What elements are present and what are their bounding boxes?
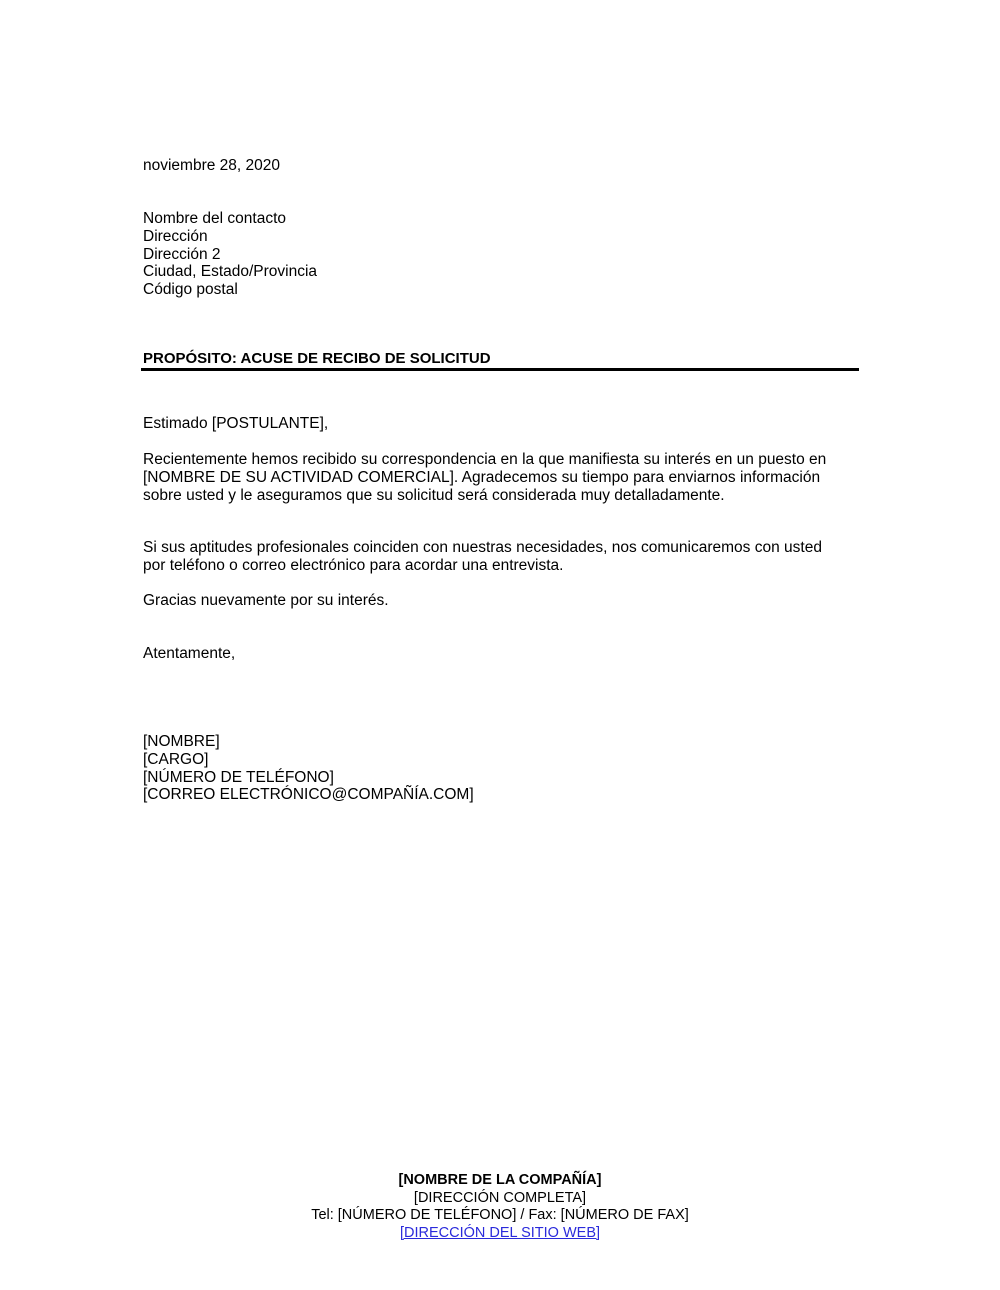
heading-divider [141,368,859,371]
signature-block: [NOMBRE] [CARGO] [NÚMERO DE TELÉFONO] [C… [143,733,474,804]
footer-website-link[interactable]: [DIRECCIÓN DEL SITIO WEB] [400,1225,600,1241]
body-paragraph-3: Gracias nuevamente por su interés. [143,592,389,610]
salutation: Estimado [POSTULANTE], [143,415,328,433]
footer-contact: Tel: [NÚMERO DE TELÉFONO] / Fax: [NÚMERO… [0,1207,1000,1225]
company-footer: [NOMBRE DE LA COMPAÑÍA] [DIRECCIÓN COMPL… [0,1172,1000,1242]
purpose-heading: PROPÓSITO: ACUSE DE RECIBO DE SOLICITUD [143,350,491,368]
signature-phone: [NÚMERO DE TELÉFONO] [143,769,474,787]
body-paragraph-2: Si sus aptitudes profesionales coinciden… [143,539,843,575]
signature-title: [CARGO] [143,751,474,769]
recipient-address: Nombre del contacto Dirección Dirección … [143,210,317,299]
recipient-address-line-2: Dirección 2 [143,246,317,264]
signature-name: [NOMBRE] [143,733,474,751]
footer-company-name: [NOMBRE DE LA COMPAÑÍA] [0,1172,1000,1190]
recipient-name: Nombre del contacto [143,210,317,228]
recipient-city-state: Ciudad, Estado/Provincia [143,263,317,281]
closing: Atentamente, [143,645,235,663]
letter-date: noviembre 28, 2020 [143,157,280,175]
signature-email: [CORREO ELECTRÓNICO@COMPAÑÍA.COM] [143,786,474,804]
body-paragraph-1: Recientemente hemos recibido su correspo… [143,451,843,504]
recipient-postal-code: Código postal [143,281,317,299]
footer-address: [DIRECCIÓN COMPLETA] [0,1190,1000,1208]
recipient-address-line-1: Dirección [143,228,317,246]
